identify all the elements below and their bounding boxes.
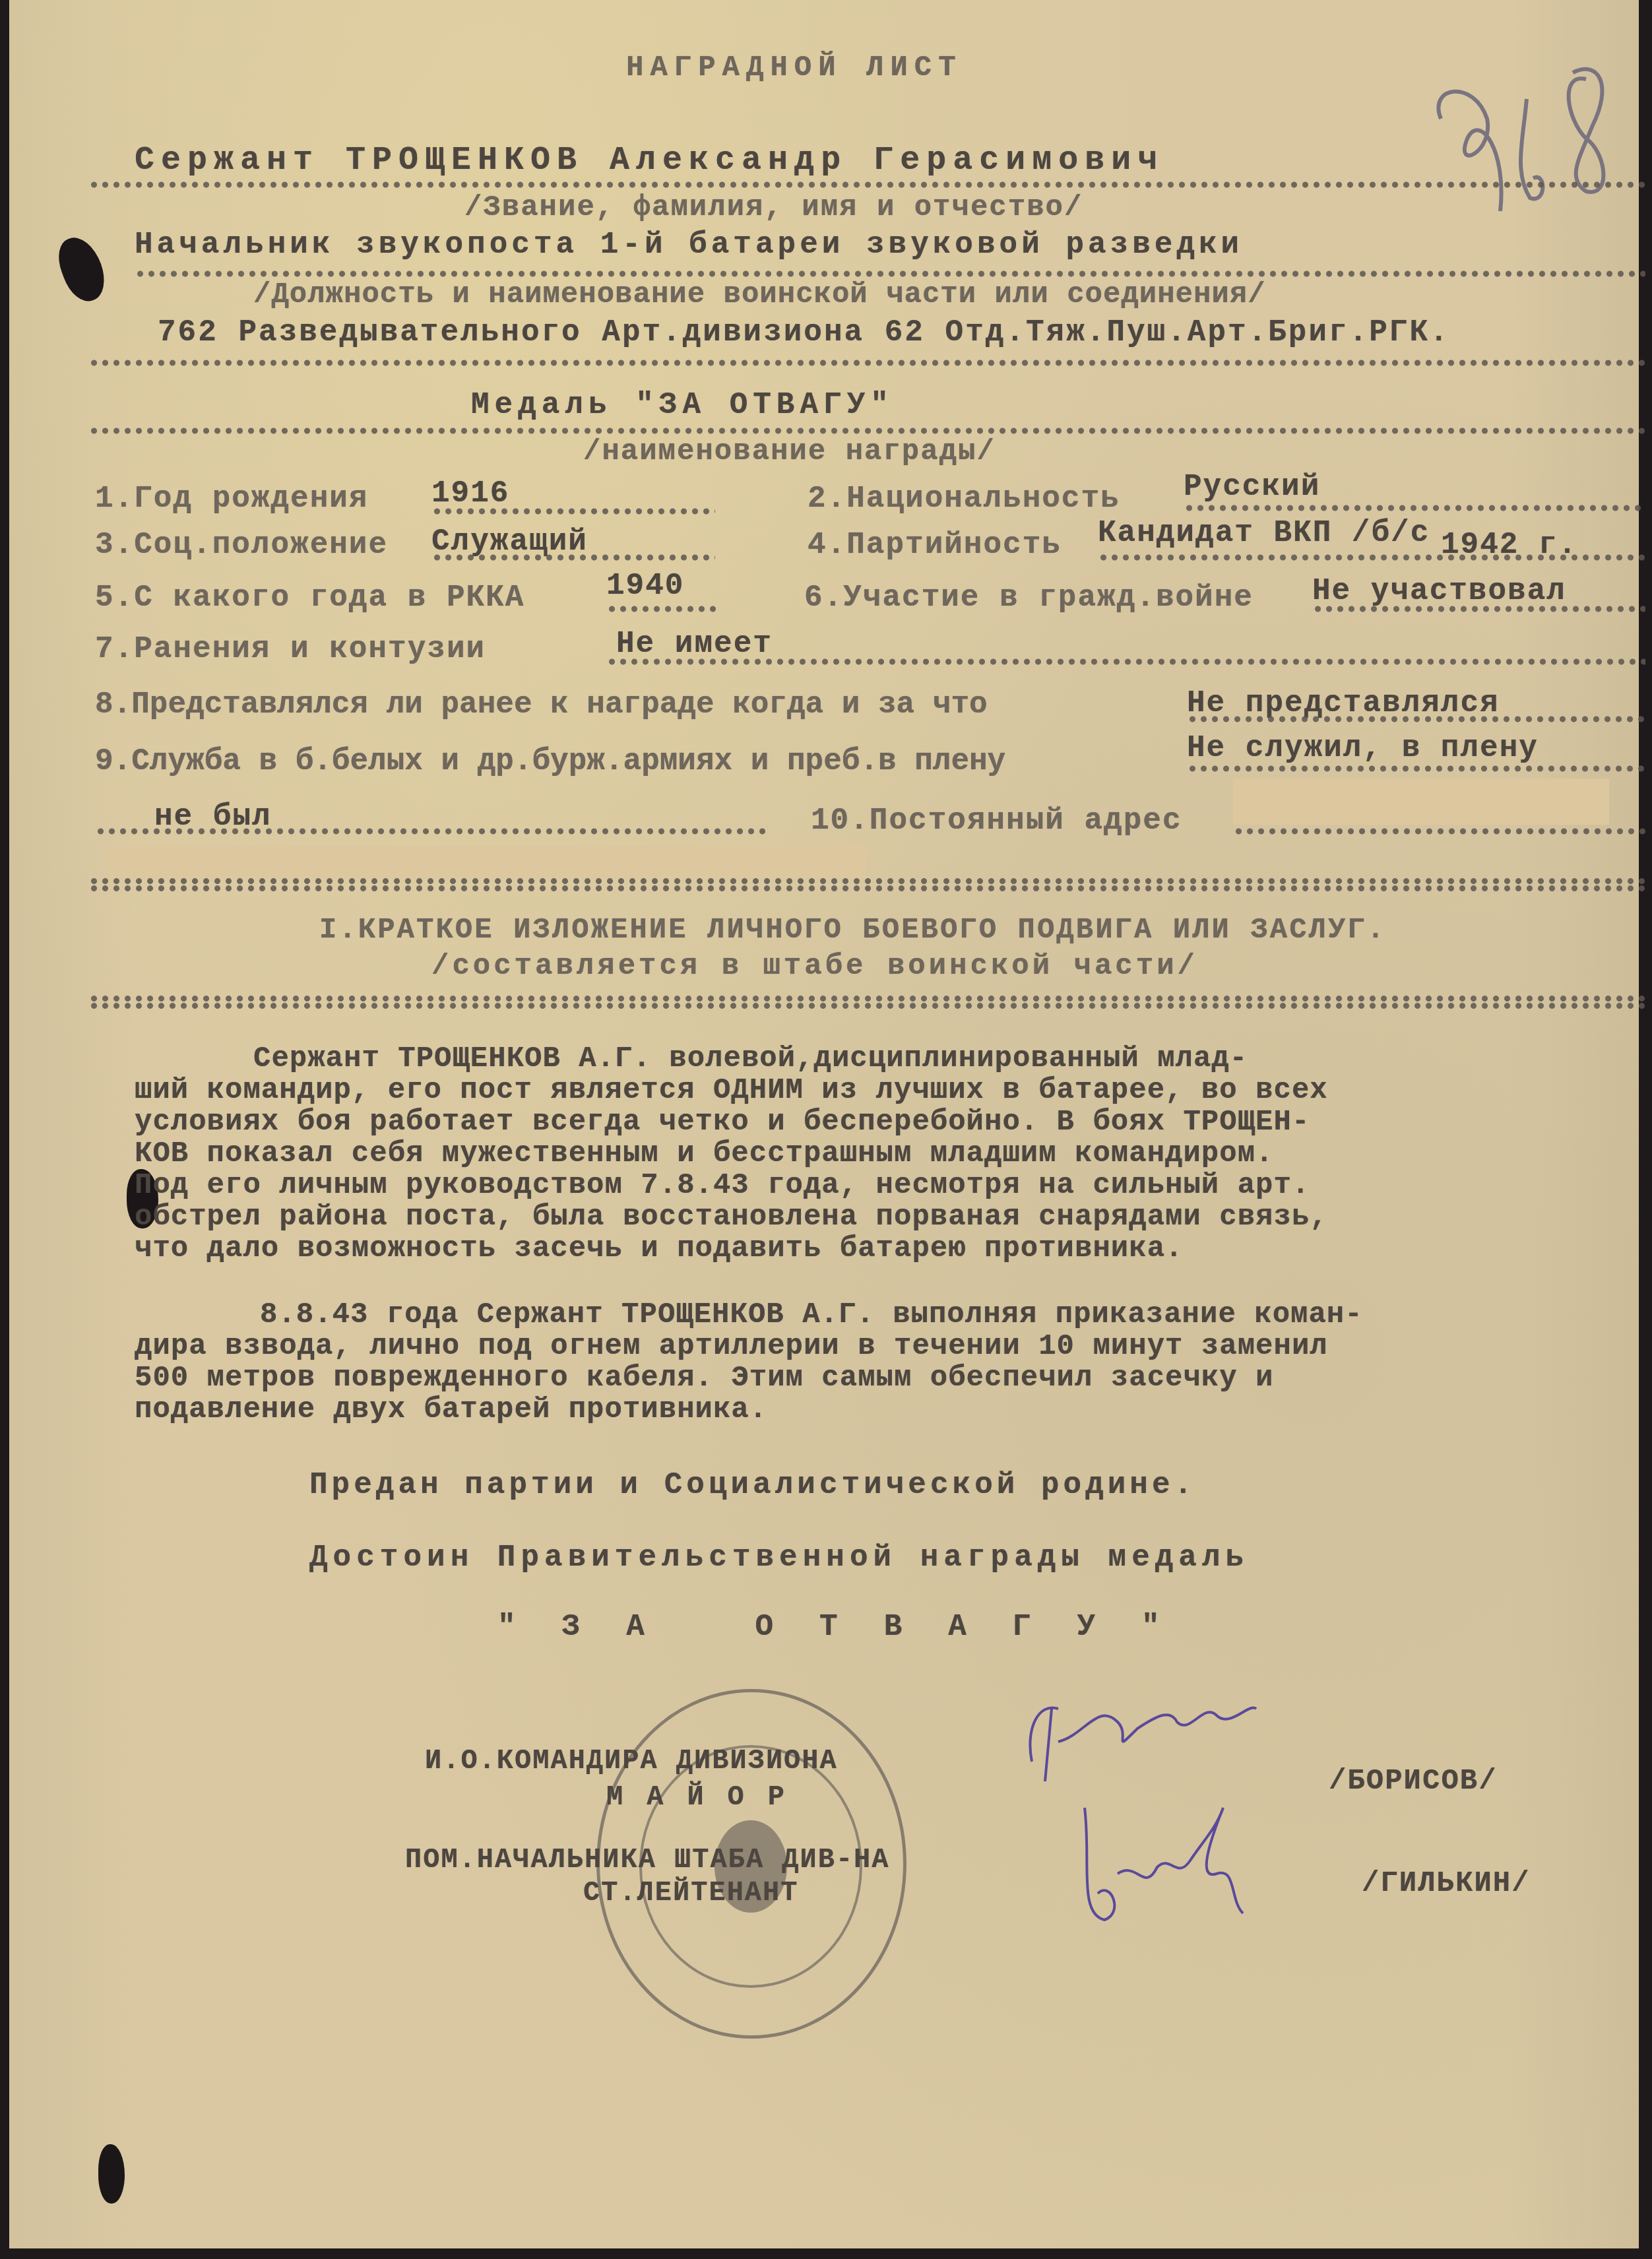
dotted-line	[1184, 505, 1645, 511]
field-label-birth-year: 1.Год рождения	[95, 482, 368, 516]
field-label-civil-war: 6.Участие в гражд.войне	[804, 581, 1254, 615]
narrative-line: КОВ показал себя мужественным и бесстраш…	[135, 1137, 1273, 1170]
recipient-position-caption: /Должность и наименование воинской части…	[253, 278, 1266, 311]
award-sheet-page: НАГРАДНОЙ ЛИСТ 368 Сержант ТРОЩЕНКОВ Але…	[9, 0, 1639, 2248]
signatory-1-title: И.О.КОМАНДИРА ДИВИЗИОНА	[425, 1745, 838, 1777]
loyalty-statement: Предан партии и Социалистической родине.	[309, 1468, 1196, 1502]
signatory-2-name: /ГИЛЬКИН/	[1362, 1867, 1531, 1900]
dotted-line	[1312, 606, 1645, 612]
dotted-line	[1187, 765, 1645, 772]
recipient-position: Начальник звукопоста 1-й батареи звуково…	[135, 228, 1243, 262]
field-label-previous-awards: 8.Представлялся ли ранее к награде когда…	[95, 687, 988, 722]
dotted-line	[431, 554, 715, 561]
signature-gilkin	[1065, 1781, 1283, 1940]
field-label-party: 4.Партийность	[808, 528, 1062, 562]
signatory-2-rank: СТ.ЛЕЙТЕНАНТ	[583, 1877, 798, 1909]
award-recommendation: Достоин Правительственной награды медаль	[309, 1541, 1249, 1575]
field-value-wounds: Не имеет	[616, 627, 773, 661]
dotted-line	[606, 658, 1645, 665]
narrative-line: ший командир, его пост является ОДНИМ из…	[135, 1074, 1328, 1107]
signatory-2-title: ПОМ.НАЧАЛЬНИКА ШТАБА ДИВ-НА	[405, 1844, 890, 1876]
dotted-line	[88, 428, 1645, 434]
award-caption: /наименование награды/	[583, 435, 996, 468]
redacted-address	[1233, 779, 1609, 825]
field-value-white-army-captivity: Не служил, в плену	[1187, 731, 1539, 765]
narrative-line: подавление двух батарей противника.	[135, 1393, 767, 1426]
dotted-line	[1098, 554, 1645, 561]
field-label-social-status: 3.Соц.положение	[95, 528, 388, 562]
field-value-civil-war: Не участвовал	[1312, 574, 1566, 608]
field-value-party: Кандидат ВКП /б/с	[1098, 516, 1430, 550]
narrative-line: условиях боя работает всегда четко и бес…	[135, 1106, 1310, 1139]
narrative-line: дира взвода, лично под огнем артиллерии …	[135, 1330, 1328, 1363]
field-value-army-since: 1940	[606, 569, 684, 603]
section-heading: I.КРАТКОЕ ИЗЛОЖЕНИЕ ЛИЧНОГО БОЕВОГО ПОДВ…	[319, 914, 1386, 947]
field-label-address: 10.Постоянный адрес	[811, 804, 1182, 838]
narrative-line: что дало возможность засечь и подавить б…	[135, 1232, 1183, 1265]
signatory-1-rank: МАЙОР	[606, 1781, 808, 1813]
field-label-wounds: 7.Ранения и контузии	[95, 632, 486, 666]
double-dotted-line	[88, 877, 1645, 892]
field-label-army-since: 5.С какого года в РККА	[95, 581, 524, 615]
signatory-1-name: /БОРИСОВ/	[1329, 1765, 1498, 1798]
dotted-line	[88, 181, 1645, 188]
punch-hole-top	[52, 232, 112, 307]
narrative-line: обстрел района поста, была восстановлена…	[135, 1201, 1328, 1234]
section-caption: /составляется в штабе воинской части/	[431, 950, 1198, 983]
recipient-rank-name: Сержант ТРОЩЕНКОВ Александр Герасимович	[135, 142, 1164, 179]
recipient-rank-name-caption: /Звание, фамилия, имя и отчество/	[464, 191, 1083, 224]
recommended-medal: "ЗА ОТВАГУ"	[497, 1610, 1206, 1644]
dotted-line	[606, 606, 718, 612]
field-value-nationality: Русский	[1184, 470, 1320, 504]
double-dotted-line	[88, 995, 1645, 1009]
signature-borisov	[1019, 1663, 1296, 1795]
dotted-line	[88, 360, 1645, 366]
narrative-line: 500 метров поврежденного кабеля. Этим са…	[135, 1362, 1273, 1395]
archive-number-handwritten: 368	[1414, 46, 1626, 218]
narrative-line: 8.8.43 года Сержант ТРОЩЕНКОВ А.Г. выпол…	[260, 1298, 1363, 1331]
redacted-address-cont	[108, 846, 867, 879]
field-label-white-army-captivity: 9.Служба в б.белых и др.бурж.армиях и пр…	[95, 744, 1005, 779]
recipient-unit: 762 Разведывательного Арт.дивизиона 62 О…	[158, 315, 1450, 350]
award-name: Медаль "ЗА ОТВАГУ"	[471, 388, 894, 422]
narrative-line: Под его личным руководством 7.8.43 года,…	[135, 1169, 1310, 1202]
narrative-line: Сержант ТРОЩЕНКОВ А.Г. волевой,дисциплин…	[253, 1042, 1248, 1075]
document-title: НАГРАДНОЙ ЛИСТ	[626, 51, 963, 84]
dotted-line	[1187, 716, 1645, 722]
dotted-line	[135, 270, 1645, 277]
dotted-line	[95, 828, 768, 835]
dotted-line	[431, 508, 715, 515]
punch-hole-bottom	[98, 2144, 125, 2204]
field-value-birth-year: 1916	[431, 476, 509, 511]
svg-text:368: 368	[1414, 46, 1434, 49]
field-label-nationality: 2.Национальность	[808, 482, 1120, 516]
dotted-line	[1233, 828, 1645, 835]
